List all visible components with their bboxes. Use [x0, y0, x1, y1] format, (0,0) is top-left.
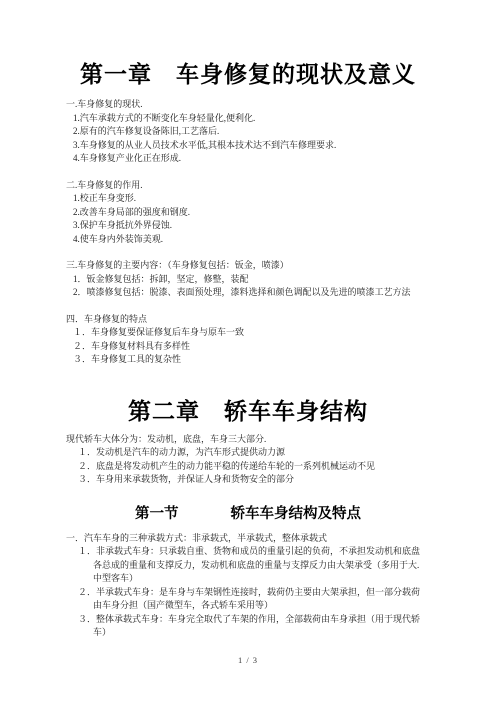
list-item: ２．底盘是将发动机产生的动力能平稳的传递给车轮的一系列机械运动不见	[78, 460, 422, 474]
list-item: ２．车身修复材料具有多样性	[73, 340, 422, 354]
list-item: １．车身修复要保证修复后车身与原车一致	[73, 326, 422, 340]
list-item: 1.校正车身变形.	[73, 192, 422, 206]
list-item: 2.改善车身局部的强度和钢度.	[73, 206, 422, 220]
list-item: 1.汽车承载方式的不断变化车身轻量化,便利化.	[73, 112, 422, 126]
list-item: ２．半承载式车身：是车身与车架钢性连接时，载荷仍主要由大架承担，但一部分载荷由车…	[78, 586, 422, 613]
section-heading: 三.车身修复的主要内容：（车身修复包括：钣金，喷漆）	[66, 259, 422, 273]
list-item: 4.车身修复产业化正在形成.	[73, 152, 422, 166]
page-number: 1 / 3	[0, 655, 496, 665]
list-item: 4.使车身内外装饰美观.	[73, 233, 422, 247]
chapter2-title: 第二章 轿车车身结构	[0, 380, 496, 426]
list-item: １．非承载式车身：只承载自重、货物和成员的重量引起的负荷，不承担发动机和底盘各总…	[78, 545, 422, 586]
section-main-content: 三.车身修复的主要内容：（车身修复包括：钣金，喷漆） 1．钣金修复包括：拆卸，坚…	[66, 259, 422, 300]
list-item: 3.车身修复的从业人员技术水平低,其根本技术达不到汽车修理要求.	[73, 139, 422, 153]
chapter1-title: 第一章 车身修复的现状及意义	[0, 0, 496, 89]
list-item: 3.保护车身抵抗外界侵蚀.	[73, 219, 422, 233]
section-features: 四．车身修复的特点 １．车身修复要保证修复后车身与原车一致 ２．车身修复材料具有…	[66, 313, 422, 367]
list-item: 2.原有的汽车修复设备陈旧,工艺落后.	[73, 125, 422, 139]
list-item: ３．车身修复工具的复杂性	[73, 353, 422, 367]
list-item: ３．整体承载式车身：车身完全取代了车架的作用，全部载荷由车身承担（用于现代轿车）	[78, 613, 422, 640]
section1-title: 轿车车身结构及特点	[231, 506, 362, 522]
list-item: ３．车身用来承载货物，并保证人身和货物安全的部分	[78, 473, 422, 487]
section-heading: 一.车身修复的现状.	[66, 98, 422, 112]
section1-label: 第一节	[135, 506, 179, 522]
section-heading: 四．车身修复的特点	[66, 313, 422, 327]
section1-heading: 第一节轿车车身结构及特点	[0, 502, 496, 523]
section-role: 二.车身修复的作用. 1.校正车身变形. 2.改善车身局部的强度和钢度. 3.保…	[66, 179, 422, 247]
section-heading: 二.车身修复的作用.	[66, 179, 422, 193]
list-item: １．发动机是汽车的动力源，为汽车形式提供动力源	[78, 446, 422, 460]
chapter2-intro: 现代轿车大体分为：发动机，底盘，车身三大部分.	[66, 433, 422, 447]
document-page: 第一章 车身修复的现状及意义 一.车身修复的现状. 1.汽车承载方式的不断变化车…	[0, 0, 496, 702]
section1-lead: 一．汽车车身的三种承载方式：非承载式，半承载式，整体承载式	[66, 532, 422, 546]
list-item: 2．喷漆修复包括：脱漆、表面预处理，漆料选择和颜色调配以及先进的喷漆工艺方法	[73, 286, 422, 300]
list-item: 1．钣金修复包括：拆卸，坚定，修整，装配	[73, 273, 422, 287]
chapter2-content: 现代轿车大体分为：发动机，底盘，车身三大部分. １．发动机是汽车的动力源，为汽车…	[66, 433, 422, 487]
section1-content: 一．汽车车身的三种承载方式：非承载式，半承载式，整体承载式 １．非承载式车身：只…	[66, 532, 422, 640]
chapter1-content: 一.车身修复的现状. 1.汽车承载方式的不断变化车身轻量化,便利化. 2.原有的…	[66, 98, 422, 367]
section-status: 一.车身修复的现状. 1.汽车承载方式的不断变化车身轻量化,便利化. 2.原有的…	[66, 98, 422, 166]
